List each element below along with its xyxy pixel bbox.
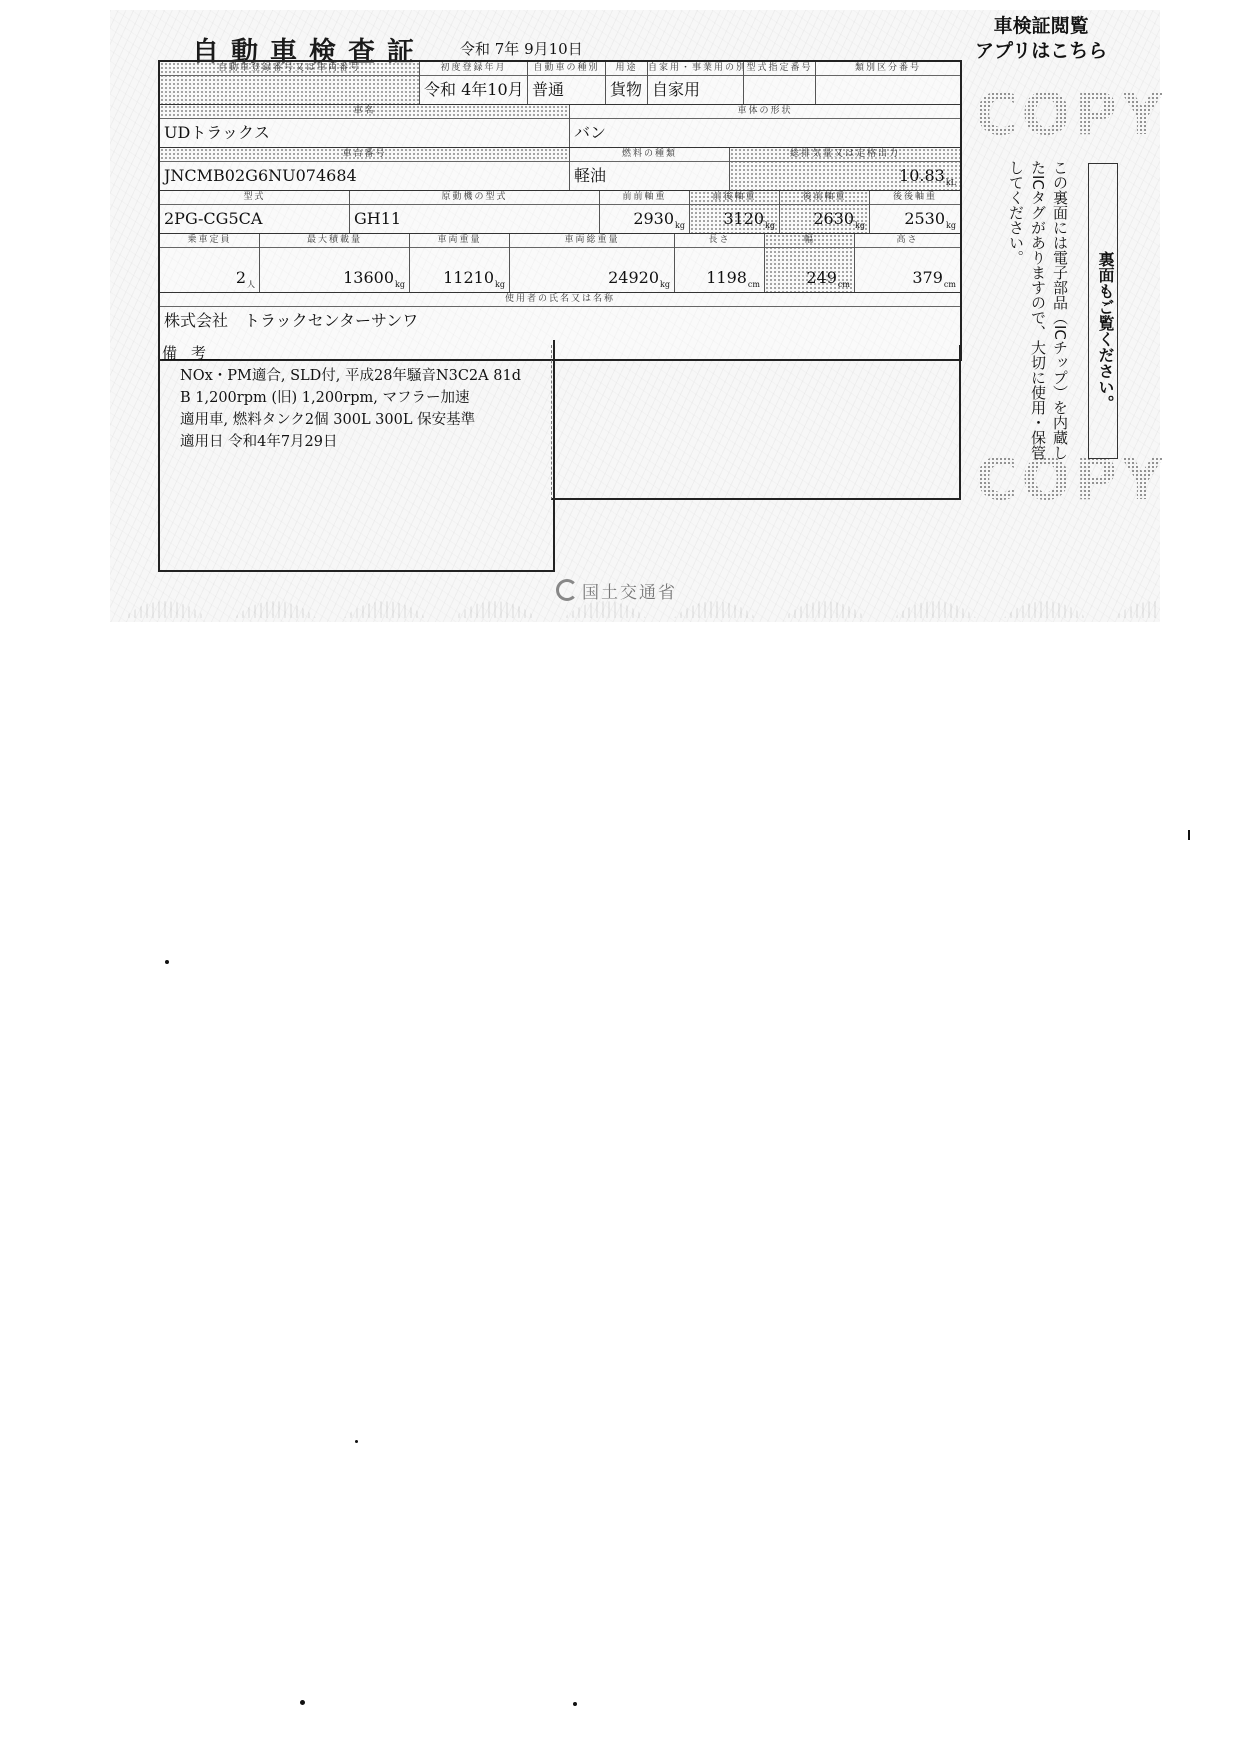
- field-length: 長さ 1198cm: [675, 234, 765, 292]
- scan-speck: [300, 1700, 305, 1705]
- scan-speck: [355, 1440, 358, 1443]
- back-side-notice: 裏面もご覧ください。: [1088, 163, 1118, 459]
- remarks-text: NOx・PM適合, SLD付, 平成28年騒音N3C2A 81d B 1,200…: [180, 365, 550, 453]
- field-chassis-number: 車台番号 JNCMB02G6NU074684: [160, 148, 570, 190]
- field-front-rear-axle: 前後軸重 3120kg: [690, 191, 780, 233]
- field-rear-rear-axle: 後後軸重 2530kg: [870, 191, 960, 233]
- field-type-designation-number: 型式指定番号: [744, 62, 816, 104]
- field-gross-weight: 車両総重量 24920kg: [510, 234, 675, 292]
- certificate-form: 自動車登録番号又は車両番号 初度登録年月 令和 4年10月 自動車の種別 普通 …: [158, 60, 962, 361]
- field-max-load: 最大積載量 13600kg: [260, 234, 410, 292]
- remarks-heading: 備考: [162, 342, 220, 363]
- field-use: 用途 貨物: [606, 62, 648, 104]
- field-model: 型式 2PG-CG5CA: [160, 191, 350, 233]
- row-registration: 自動車登録番号又は車両番号 初度登録年月 令和 4年10月 自動車の種別 普通 …: [160, 62, 960, 105]
- field-engine-model: 原動機の型式 GH11: [350, 191, 600, 233]
- field-height: 高さ 379cm: [855, 234, 960, 292]
- field-registration-number: 自動車登録番号又は車両番号: [160, 62, 420, 104]
- row-model: 型式 2PG-CG5CA 原動機の型式 GH11 前前軸重 2930kg 前後軸…: [160, 191, 960, 234]
- issue-date: 令和 7年 9月10日: [460, 38, 583, 59]
- field-body-shape: 車体の形状 バン: [570, 105, 960, 147]
- ic-chip-notice: この裏面には電子部品（ICチップ）を内蔵したICタグがありますので、大切に使用・…: [1005, 160, 1071, 460]
- copy-watermark-bottom: COPY: [975, 445, 1167, 513]
- field-displacement: 総排気量又は定格出力 10.83kL: [730, 148, 960, 190]
- row-dimensions: 乗車定員 2人 最大積載量 13600kg 車両重量 11210kg 車両総重量…: [160, 234, 960, 293]
- viewer-app-link[interactable]: 車検証閲覧 アプリはこちら: [975, 14, 1107, 64]
- mlit-logo-icon: [556, 579, 578, 601]
- field-rear-front-axle: 後前軸重 2630kg: [780, 191, 870, 233]
- row-maker: 車名 UDトラックス 車体の形状 バン: [160, 105, 960, 148]
- copy-watermark-top: COPY: [975, 80, 1167, 148]
- field-private-business: 自家用・事業用の別 自家用: [648, 62, 744, 104]
- blank-area: [551, 345, 961, 500]
- issuer-seal: 国土交通省: [556, 578, 677, 603]
- field-maker: 車名 UDトラックス: [160, 105, 570, 147]
- field-capacity: 乗車定員 2人: [160, 234, 260, 292]
- field-front-front-axle: 前前軸重 2930kg: [600, 191, 690, 233]
- field-fuel-type: 燃料の種類 軽油: [570, 148, 730, 190]
- scan-speck: [573, 1702, 577, 1706]
- field-category-number: 類別区分番号: [816, 62, 960, 104]
- scan-speck: [165, 960, 169, 964]
- field-vehicle-weight: 車両重量 11210kg: [410, 234, 510, 292]
- field-first-registration: 初度登録年月 令和 4年10月: [420, 62, 528, 104]
- row-chassis: 車台番号 JNCMB02G6NU074684 燃料の種類 軽油 総排気量又は定格…: [160, 148, 960, 191]
- field-vehicle-class: 自動車の種別 普通: [528, 62, 606, 104]
- scan-speck: [1188, 830, 1190, 840]
- field-width: 幅 249cm: [765, 234, 855, 292]
